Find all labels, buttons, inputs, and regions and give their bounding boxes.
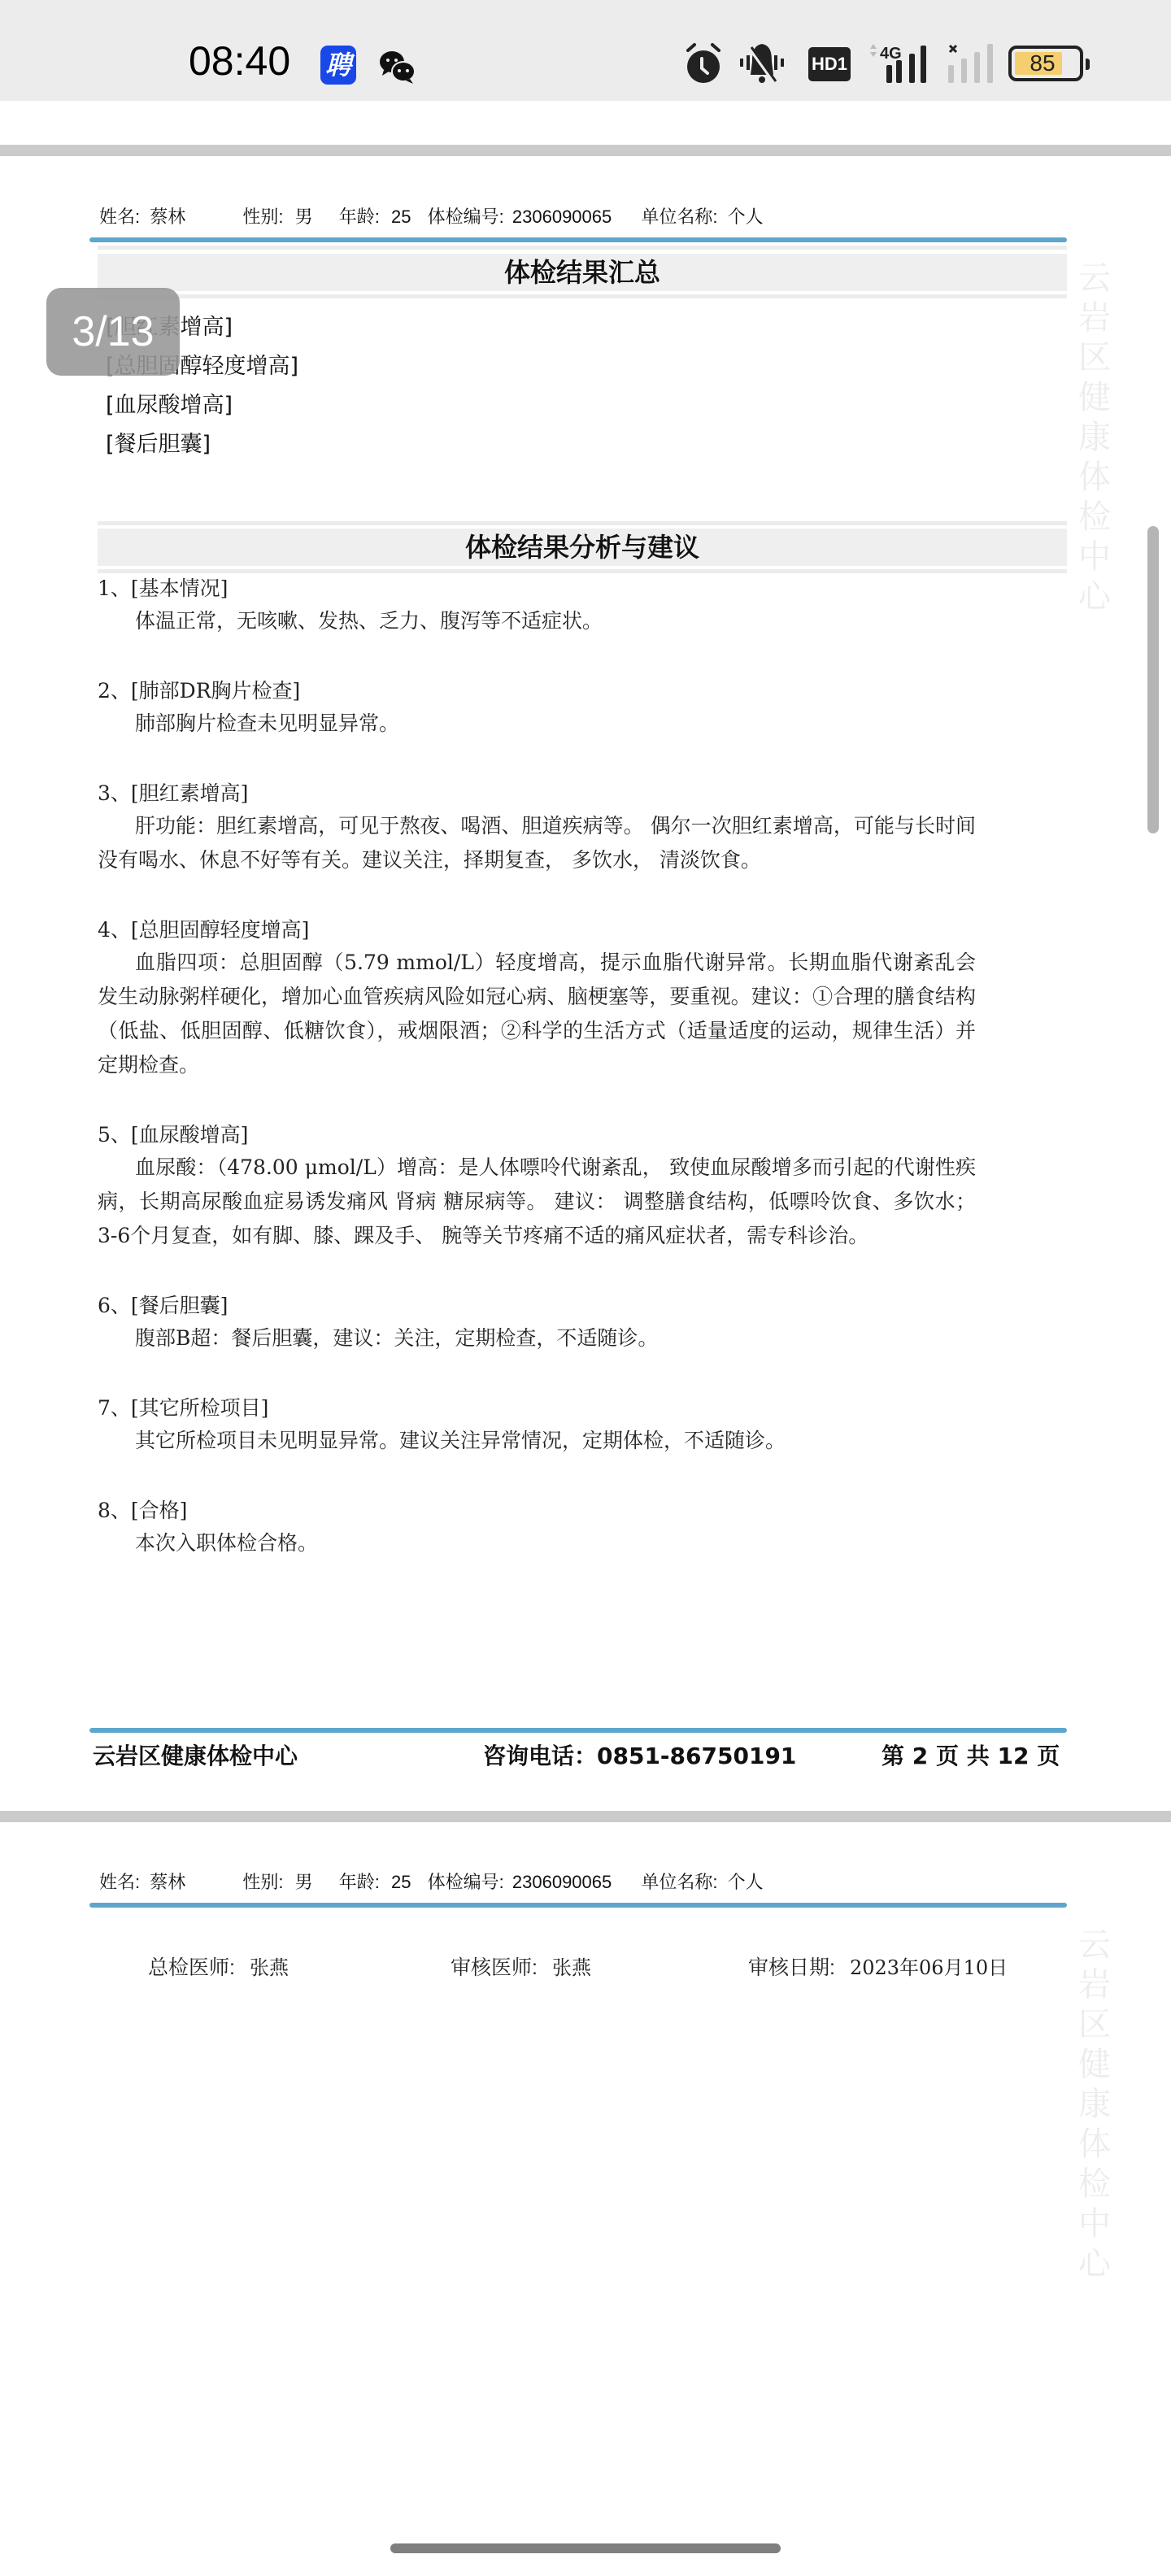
- header-rule: [89, 237, 1067, 242]
- summary-item: [餐后胆囊]: [106, 426, 211, 458]
- patient-info-header: 姓名: 蔡林 性别: 男 年龄: 25 体检编号: 2306090065 单位名…: [99, 203, 764, 228]
- footer-center-name: 云岩区健康体检中心: [93, 1738, 298, 1771]
- unit-label: 单位名称:: [641, 203, 717, 228]
- analysis-item: 3、[胆红素增高] 肝功能：胆红素增高，可见于熬夜、喝酒、胆道疾病等。 偶尔一次…: [98, 778, 976, 877]
- mute-icon: [738, 42, 786, 85]
- chief-doctor: 总检医师:张燕: [148, 1952, 289, 1981]
- unit-name: 个人: [728, 1869, 764, 1894]
- analysis-item-body: 腹部B超：餐后胆囊，建议：关注，定期检查，不适随诊。: [98, 1321, 976, 1355]
- signal-sim2-icon: [947, 42, 997, 85]
- patient-name: 蔡林: [150, 203, 185, 228]
- status-bar: 08:40 聘 HD1 4G 85: [0, 0, 1171, 101]
- watermark: 云岩区 健康体 检中心: [1075, 1925, 1114, 2284]
- analysis-item-body: 血尿酸：（478.00 μmol/L）增高：是人体嘌呤代谢紊乱， 致使血尿酸增多…: [98, 1151, 976, 1253]
- svg-text:4G: 4G: [880, 45, 902, 63]
- watermark: 云岩区 健康体 检中心: [1075, 259, 1114, 617]
- analysis-item: 4、[总胆固醇轻度增高] 血脂四项：总胆固醇（5.79 mmol/L）轻度增高，…: [98, 915, 976, 1082]
- patient-info-header: 姓名: 蔡林 性别: 男 年龄: 25 体检编号: 2306090065 单位名…: [99, 1869, 764, 1894]
- patient-age: 25: [391, 1872, 411, 1893]
- signal-4g-icon: 4G: [867, 42, 934, 85]
- analysis-list: 1、[基本情况] 体温正常，无咳嗽、发热、乏力、腹泻等不适症状。 2、[肺部DR…: [98, 573, 976, 1560]
- analysis-item-body: 肺部胸片检查未见明显异常。: [98, 707, 976, 741]
- battery-icon: 85: [1008, 46, 1083, 81]
- header-rule: [89, 1903, 1067, 1908]
- page-separator: [0, 145, 1171, 156]
- patient-name: 蔡林: [150, 1869, 185, 1894]
- page-indicator: 3/13: [46, 288, 180, 376]
- name-label: 姓名:: [99, 1869, 140, 1894]
- analysis-item: 7、[其它所检项目] 其它所检项目未见明显异常。建议关注异常情况，定期体检，不适…: [98, 1393, 976, 1458]
- analysis-item-title: 8、[合格]: [98, 1495, 976, 1526]
- analysis-item-body: 其它所检项目未见明显异常。建议关注异常情况，定期体检，不适随诊。: [98, 1424, 976, 1458]
- review-doctor: 审核医师:张燕: [451, 1952, 591, 1981]
- analysis-item: 6、[餐后胆囊] 腹部B超：餐后胆囊，建议：关注，定期检查，不适随诊。: [98, 1290, 976, 1355]
- analysis-item: 5、[血尿酸增高] 血尿酸：（478.00 μmol/L）增高：是人体嘌呤代谢紊…: [98, 1120, 976, 1253]
- patient-gender: 男: [295, 1869, 313, 1894]
- alarm-icon: [685, 42, 722, 85]
- hd-icon: HD1: [808, 47, 851, 81]
- analysis-item-title: 1、[基本情况]: [98, 573, 976, 604]
- battery-percent: 85: [1012, 49, 1073, 78]
- name-label: 姓名:: [99, 203, 140, 228]
- footer-phone: 咨询电话：0851-86750191: [483, 1738, 796, 1771]
- wechat-icon: [377, 49, 416, 85]
- scrollbar[interactable]: [1147, 526, 1159, 833]
- age-label: 年龄:: [339, 203, 380, 228]
- analysis-item-title: 7、[其它所检项目]: [98, 1393, 976, 1424]
- gender-label: 性别:: [242, 203, 283, 228]
- analysis-item: 1、[基本情况] 体温正常，无咳嗽、发热、乏力、腹泻等不适症状。: [98, 573, 976, 638]
- analysis-item-body: 肝功能：胆红素增高，可见于熬夜、喝酒、胆道疾病等。 偶尔一次胆红素增高，可能与长…: [98, 809, 976, 877]
- status-time: 08:40: [189, 37, 290, 85]
- page-separator: [0, 1811, 1171, 1822]
- analysis-item: 2、[肺部DR胸片检查] 肺部胸片检查未见明显异常。: [98, 676, 976, 741]
- analysis-item-title: 4、[总胆固醇轻度增高]: [98, 915, 976, 946]
- section-rule: [98, 521, 1067, 525]
- gender-label: 性别:: [242, 1869, 283, 1894]
- review-date: 审核日期:2023年06月10日: [748, 1952, 1008, 1981]
- patient-age: 25: [391, 207, 411, 228]
- analysis-item-body: 本次入职体检合格。: [98, 1526, 976, 1560]
- section-rule: [98, 294, 1067, 298]
- exam-no: 2306090065: [512, 207, 612, 228]
- analysis-item-title: 3、[胆红素增高]: [98, 778, 976, 809]
- footer-rule: [89, 1728, 1067, 1733]
- exam-no-label: 体检编号:: [428, 1869, 504, 1894]
- unit-label: 单位名称:: [641, 1869, 717, 1894]
- zhaopin-app-icon: 聘: [320, 46, 356, 85]
- summary-title: 体检结果汇总: [98, 254, 1067, 291]
- footer-page-number: 第 2 页 共 12 页: [882, 1738, 1060, 1771]
- exam-no: 2306090065: [512, 1872, 612, 1893]
- analysis-item-title: 6、[餐后胆囊]: [98, 1290, 976, 1321]
- analysis-item: 8、[合格] 本次入职体检合格。: [98, 1495, 976, 1560]
- section-rule: [98, 246, 1067, 250]
- home-indicator[interactable]: [390, 2543, 781, 2553]
- analysis-title: 体检结果分析与建议: [98, 529, 1067, 566]
- exam-no-label: 体检编号:: [428, 203, 504, 228]
- analysis-item-body: 血脂四项：总胆固醇（5.79 mmol/L）轻度增高，提示血脂代谢异常。长期血脂…: [98, 946, 976, 1082]
- summary-item: [血尿酸增高]: [106, 387, 233, 419]
- age-label: 年龄:: [339, 1869, 380, 1894]
- unit-name: 个人: [728, 203, 764, 228]
- battery-tip: [1086, 59, 1090, 70]
- analysis-item-body: 体温正常，无咳嗽、发热、乏力、腹泻等不适症状。: [98, 604, 976, 638]
- analysis-item-title: 2、[肺部DR胸片检查]: [98, 676, 976, 707]
- patient-gender: 男: [295, 203, 313, 228]
- analysis-item-title: 5、[血尿酸增高]: [98, 1120, 976, 1151]
